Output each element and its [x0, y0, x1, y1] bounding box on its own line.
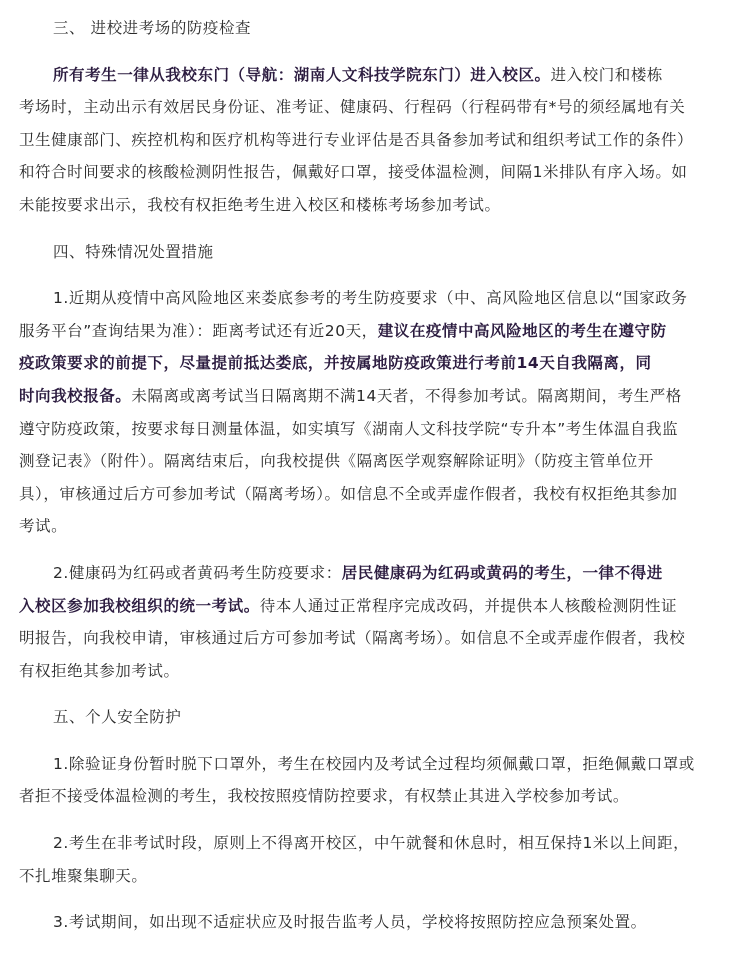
text: 未隔离或离考试当日隔离期不满14天者，不得参加考试。隔离期间，考生严格 [131, 387, 681, 405]
text-line: 者拒不接受体温检测的考生，我校按照疫情防控要求，有权禁止其进入学校参加考试。 [19, 780, 719, 813]
text: 测登记表》（附件）。隔离结束后，向我校提供《隔离医学观察解除证明》（防疫主管单位… [19, 452, 654, 470]
text: 具），审核通过后方可参加考试（隔离考场）。如信息不全或弄虚作假者，我校有权拒绝其… [19, 485, 678, 503]
text: 服务平台”查询结果为准）：距离考试还有近20天， [19, 322, 378, 340]
text: 有权拒绝其参加考试。 [19, 662, 180, 680]
section-4-item-1: 1.近期从疫情中高风险地区来娄底参考的考生防疫要求（中、高风险地区信息以“国家政… [19, 282, 719, 543]
bold-text: 居民健康码为红码或黄码的考生，一律不得进 [342, 564, 663, 582]
text-line: 3.考试期间，如出现不适症状应及时报告监考人员，学校将按照防控应急预案处置。 [19, 906, 719, 939]
text-line: 卫生健康部门、疾控机构和医疗机构等进行专业评估是否具备参加考试和组织考试工作的条… [19, 124, 719, 157]
section-5-item-1: 1.除验证身份暂时脱下口罩外，考生在校园内及考试全过程均须佩戴口罩，拒绝佩戴口罩… [19, 748, 719, 813]
bold-text: 所有考生一律从我校东门（导航：湖南人文科技学院东门）进入校区。 [53, 66, 551, 84]
text-line: 1.除验证身份暂时脱下口罩外，考生在校园内及考试全过程均须佩戴口罩，拒绝佩戴口罩… [19, 748, 719, 781]
section-5-heading: 五、个人安全防护 [19, 701, 719, 734]
text-line: 入校区参加我校组织的统一考试。待本人通过正常程序完成改码，并提供本人核酸检测阴性… [19, 590, 719, 623]
text-line: 不扎堆聚集聊天。 [19, 860, 719, 893]
text: 者拒不接受体温检测的考生，我校按照疫情防控要求，有权禁止其进入学校参加考试。 [19, 787, 629, 805]
text: 卫生健康部门、疾控机构和医疗机构等进行专业评估是否具备参加考试和组织考试工作的条… [19, 131, 693, 149]
document-body: 三、 进校进考场的防疫检查 所有考生一律从我校东门（导航：湖南人文科技学院东门）… [19, 12, 719, 953]
section-3-paragraph: 所有考生一律从我校东门（导航：湖南人文科技学院东门）进入校区。进入校门和楼栋考场… [19, 59, 719, 222]
text-line: 考试。 [19, 510, 719, 543]
text-line: 服务平台”查询结果为准）：距离考试还有近20天，建议在疫情中高风险地区的考生在遵… [19, 315, 719, 348]
text: 不扎堆聚集聊天。 [19, 867, 147, 885]
bold-text: 建议在疫情中高风险地区的考生在遵守防 [378, 322, 667, 340]
text-line: 具），审核通过后方可参加考试（隔离考场）。如信息不全或弄虚作假者，我校有权拒绝其… [19, 478, 719, 511]
text: 1.近期从疫情中高风险地区来娄底参考的考生防疫要求（中、高风险地区信息以“国家政… [53, 289, 687, 307]
section-5-item-2: 2.考生在非考试时段，原则上不得离开校区，中午就餐和休息时，相互保持1米以上间距… [19, 827, 719, 892]
text-line: 疫政策要求的前提下，尽量提前抵达娄底，并按属地防疫政策进行考前14天自我隔离，同 [19, 347, 719, 380]
text: 未能按要求出示，我校有权拒绝考生进入校区和楼栋考场参加考试。 [19, 196, 501, 214]
text: 进入校门和楼栋 [551, 66, 663, 84]
text: 遵守防疫政策，按要求每日测量体温，如实填写《湖南人文科技学院“专升本”考生体温自… [19, 420, 678, 438]
text-line: 遵守防疫政策，按要求每日测量体温，如实填写《湖南人文科技学院“专升本”考生体温自… [19, 413, 719, 446]
text-line: 1.近期从疫情中高风险地区来娄底参考的考生防疫要求（中、高风险地区信息以“国家政… [19, 282, 719, 315]
text-line: 明报告，向我校申请，审核通过后方可参加考试（隔离考场）。如信息不全或弄虚作假者，… [19, 622, 719, 655]
bold-text: 疫政策要求的前提下，尽量提前抵达娄底，并按属地防疫政策进行考前14天自我隔离，同 [19, 354, 652, 372]
bold-text: 时向我校报备。 [19, 387, 131, 405]
text: 考场时，主动出示有效居民身份证、准考证、健康码、行程码（行程码带有*号的须经属地… [19, 98, 685, 116]
text-line: 所有考生一律从我校东门（导航：湖南人文科技学院东门）进入校区。进入校门和楼栋 [19, 59, 719, 92]
bold-text: 入校区参加我校组织的统一考试。 [19, 597, 260, 615]
text: 3.考试期间，如出现不适症状应及时报告监考人员，学校将按照防控应急预案处置。 [53, 913, 647, 931]
text-line: 有权拒绝其参加考试。 [19, 655, 719, 688]
text: 待本人通过正常程序完成改码，并提供本人核酸检测阴性证 [260, 597, 677, 615]
text-line: 时向我校报备。未隔离或离考试当日隔离期不满14天者，不得参加考试。隔离期间，考生… [19, 380, 719, 413]
section-3-heading: 三、 进校进考场的防疫检查 [19, 12, 719, 45]
text: 2.考生在非考试时段，原则上不得离开校区，中午就餐和休息时，相互保持1米以上间距… [53, 834, 689, 852]
text-line: 考场时，主动出示有效居民身份证、准考证、健康码、行程码（行程码带有*号的须经属地… [19, 91, 719, 124]
text: 和符合时间要求的核酸检测阴性报告，佩戴好口罩，接受体温检测，间隔1米排队有序入场… [19, 163, 687, 181]
text-line: 2.健康码为红码或者黄码考生防疫要求：居民健康码为红码或黄码的考生，一律不得进 [19, 557, 719, 590]
text-line: 2.考生在非考试时段，原则上不得离开校区，中午就餐和休息时，相互保持1米以上间距… [19, 827, 719, 860]
section-4-item-2: 2.健康码为红码或者黄码考生防疫要求：居民健康码为红码或黄码的考生，一律不得进入… [19, 557, 719, 687]
section-5-item-3: 3.考试期间，如出现不适症状应及时报告监考人员，学校将按照防控应急预案处置。 [19, 906, 719, 939]
text-line: 未能按要求出示，我校有权拒绝考生进入校区和楼栋考场参加考试。 [19, 189, 719, 222]
text: 1.除验证身份暂时脱下口罩外，考生在校园内及考试全过程均须佩戴口罩，拒绝佩戴口罩… [53, 755, 695, 773]
text: 明报告，向我校申请，审核通过后方可参加考试（隔离考场）。如信息不全或弄虚作假者，… [19, 629, 685, 647]
text: 2.健康码为红码或者黄码考生防疫要求： [53, 564, 342, 582]
text-line: 测登记表》（附件）。隔离结束后，向我校提供《隔离医学观察解除证明》（防疫主管单位… [19, 445, 719, 478]
section-4-heading: 四、特殊情况处置措施 [19, 236, 719, 269]
text-line: 和符合时间要求的核酸检测阴性报告，佩戴好口罩，接受体温检测，间隔1米排队有序入场… [19, 156, 719, 189]
text: 考试。 [19, 517, 67, 535]
